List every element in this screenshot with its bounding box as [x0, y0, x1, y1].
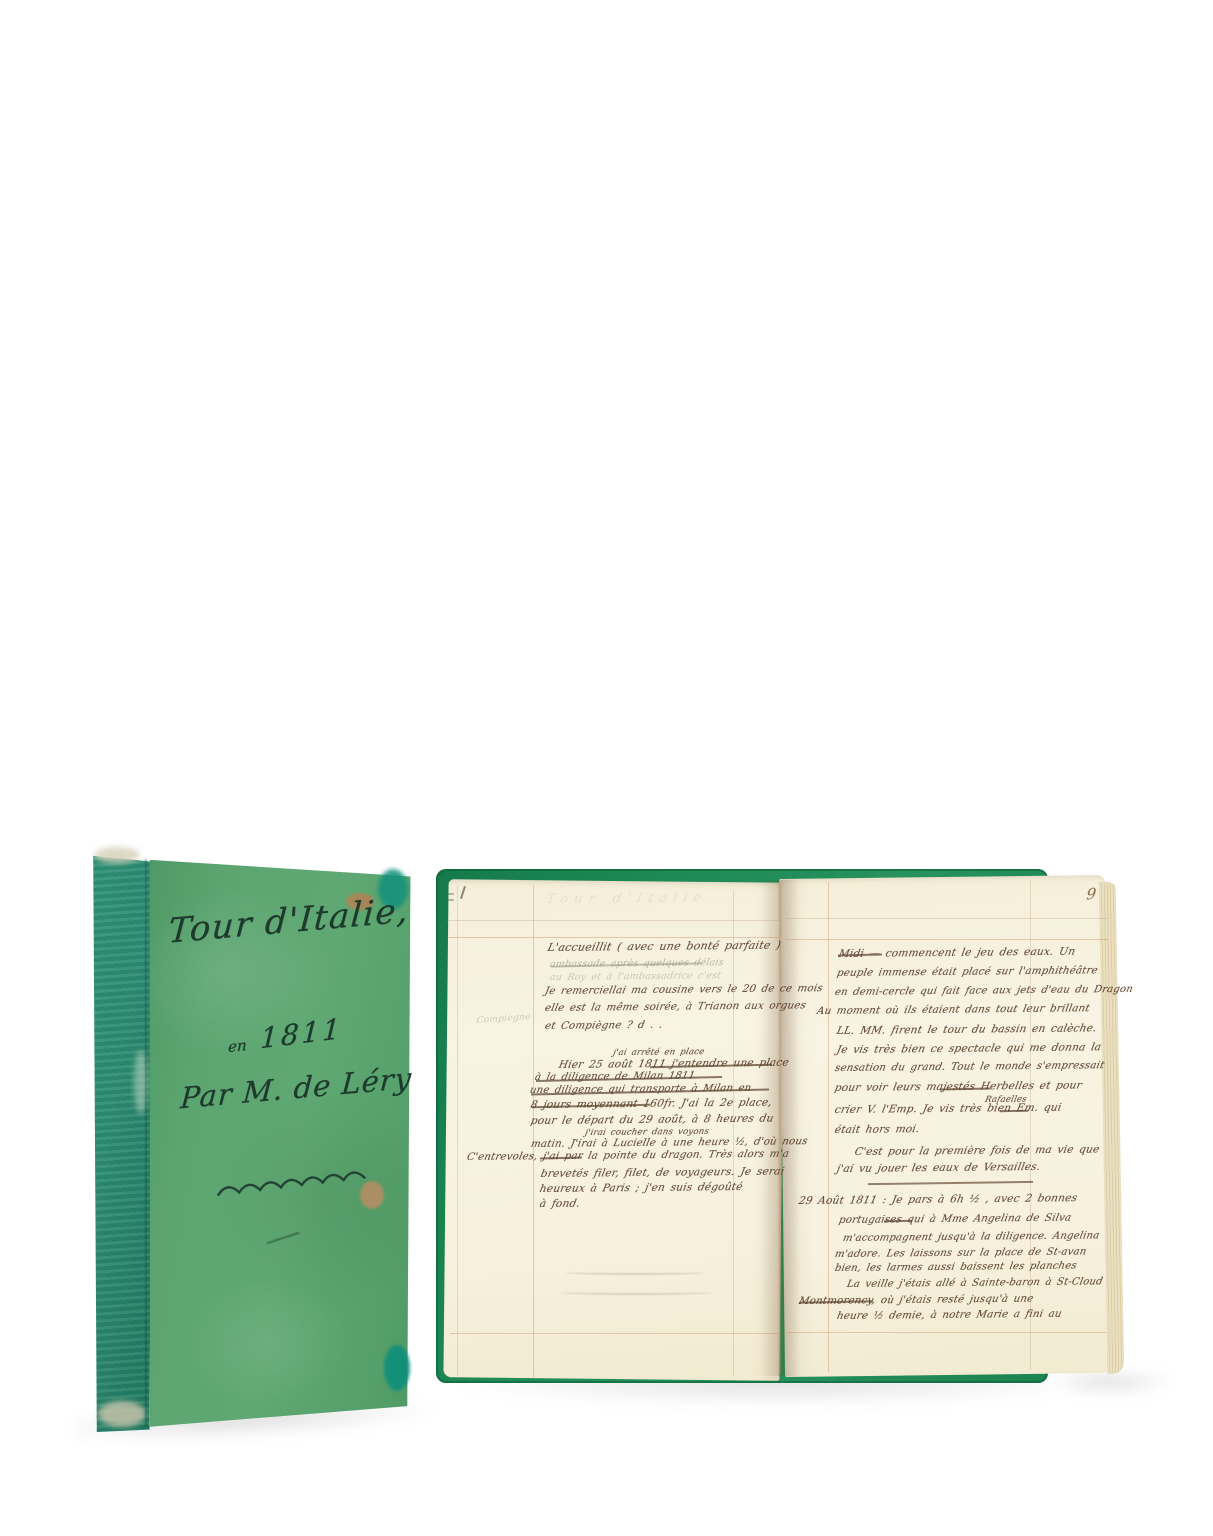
- manuscript-line-pencil: au Roy et à l'ambassadrice c'est: [549, 970, 723, 983]
- manuscript-line: pour le départ du 29 août, à 8 heures du: [530, 1112, 775, 1127]
- closed-manuscript-book: Tour d'Italie, en 1811 Par M. de Léry: [88, 845, 423, 1445]
- cover-title-prefix: en: [228, 1036, 247, 1056]
- ruled-line-horizontal: [788, 1332, 1106, 1333]
- ruled-line-horizontal: [447, 920, 779, 921]
- ghost-show-through-title: Tour d'Italie: [545, 890, 709, 907]
- manuscript-line: et Compiègne ? d . .: [544, 1020, 664, 1032]
- manuscript-line: L'accueillit ( avec une bonté parfaite ): [546, 939, 782, 954]
- fore-edge-shadow: [1066, 1372, 1176, 1400]
- ruled-line-vertical: [733, 890, 734, 1376]
- ruled-line-horizontal: [450, 1333, 780, 1334]
- ruled-line-horizontal: [447, 937, 779, 938]
- ghost-pencil-squiggle: [565, 1270, 705, 1275]
- manuscript-interline-insert: j'ai arrêté en place: [612, 1047, 705, 1058]
- manuscript-line: à fond.: [539, 1198, 582, 1210]
- spine-tail-wear: [98, 1401, 146, 1427]
- corner-pencil-tick: [448, 899, 454, 901]
- page-number: 9: [1086, 884, 1097, 903]
- manuscript-line: brevetés filer, filet, de voyageurs. Je …: [540, 1165, 786, 1180]
- manuscript-interline-insert: j'irai coucher dans voyons: [584, 1127, 710, 1138]
- ruled-line-horizontal: [786, 939, 1108, 940]
- manuscript-line: heure ½ demie, à notre Marie a fini au: [836, 1309, 1063, 1322]
- manuscript-line: 8 jours moyennant 160fr. J'ai la 2e plac…: [530, 1096, 773, 1111]
- spine-head-wear: [94, 847, 140, 863]
- book-spine-texture: [92, 850, 152, 1432]
- manuscript-line: heureux à Paris ; j'en suis dégoûté: [539, 1181, 744, 1195]
- manuscript-line: était hors moi.: [834, 1123, 921, 1136]
- ruled-line-horizontal: [786, 918, 1108, 919]
- gutter-crease-line: [779, 882, 781, 1374]
- ruled-line-vertical: [457, 886, 458, 1376]
- cover-teal-patch-bottom-right: [384, 1345, 410, 1391]
- manuscript-line: j'ai vu jouer les eaux de Versailles.: [836, 1161, 1042, 1175]
- ruled-line-vertical: [533, 885, 534, 1377]
- ghost-pencil-squiggle: [560, 1290, 712, 1295]
- corner-pencil-tick: [448, 893, 454, 895]
- photograph-stage: Tour d'Italie, en 1811 Par M. de Léry: [0, 0, 1213, 1536]
- spine-joint-crack: [145, 859, 147, 1427]
- manuscript-line: crier V. l'Emp. Je vis très bien Em. qui: [834, 1102, 1063, 1116]
